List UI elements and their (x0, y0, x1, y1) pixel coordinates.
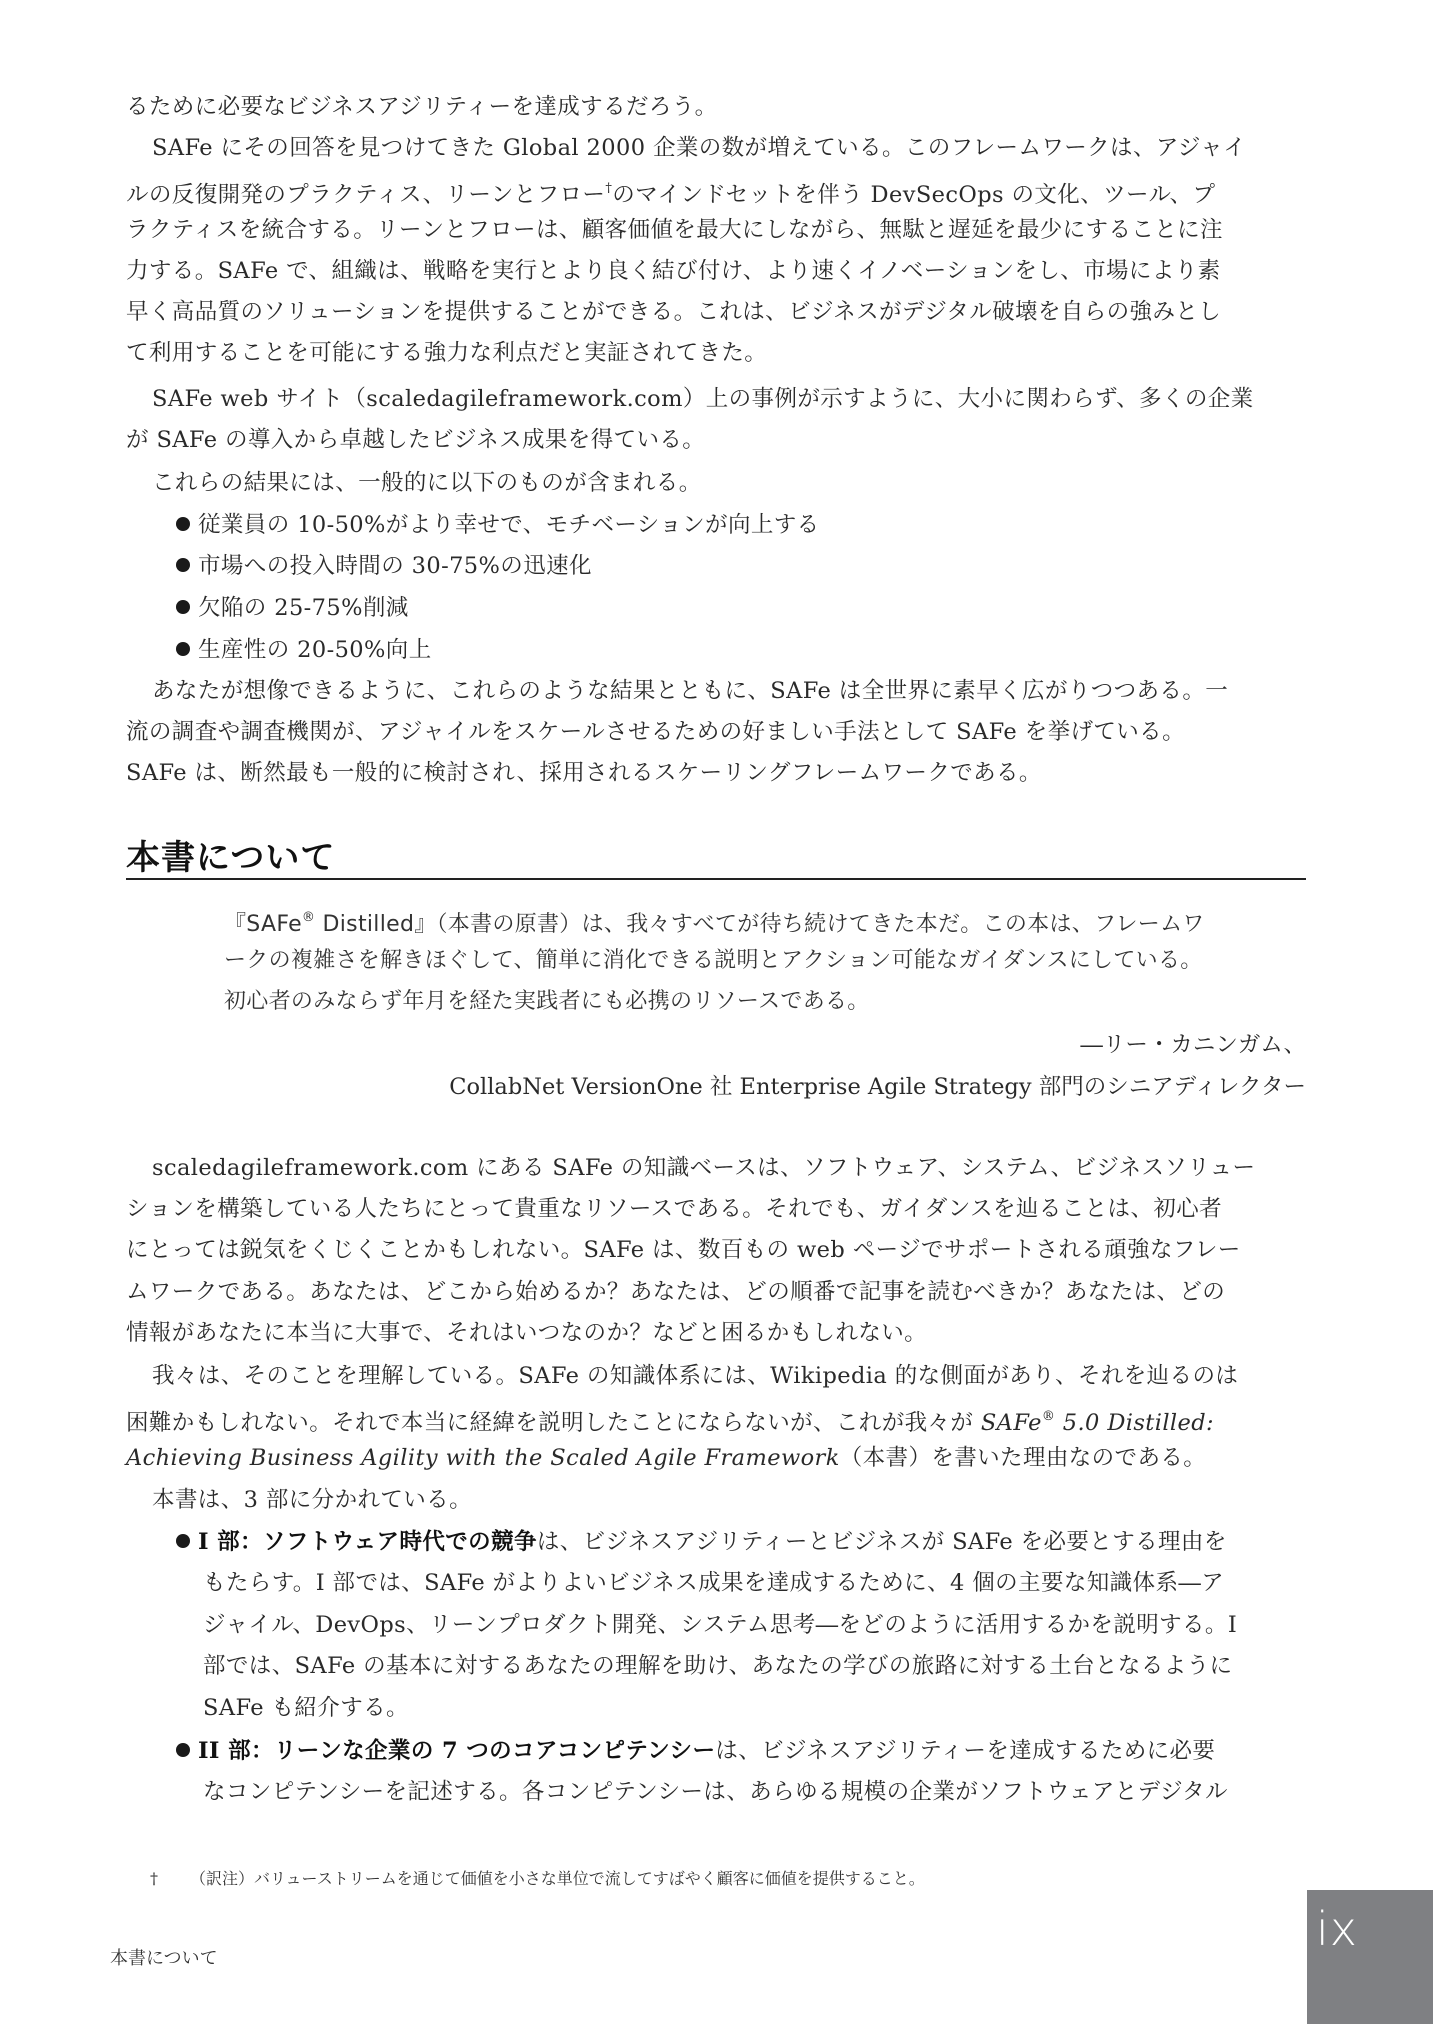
list-item-part-2: II 部：リーンな企業の 7 つのコアコンピテンシーは、ビジネスアジリティーを達… (176, 1736, 1356, 1766)
list-item-continuation: もたらす。I 部では、SAFe がよりよいビジネス成果を達成するために、4 個の… (203, 1568, 1383, 1598)
list-item: 生産性の 20-50%向上 (176, 635, 1356, 665)
body-line: にとっては鋭気をくじくことかもしれない。SAFe は、数百もの web ページで… (126, 1235, 1306, 1265)
body-line: SAFe にその回答を見つけてきた Global 2000 企業の数が増えている… (152, 133, 1332, 163)
list-item: 市場への投入時間の 30-75%の迅速化 (176, 551, 1356, 581)
list-item: 従業員の 10-50%がより幸せで、モチベーションが向上する (176, 510, 1356, 540)
list-item-continuation: SAFe も紹介する。 (203, 1693, 1383, 1723)
book-title: SAFe (981, 1410, 1042, 1436)
footnote-mark: † (150, 1869, 190, 1888)
body-line: あなたが想像できるように、これらのような結果とともに、SAFe は全世界に素早く… (152, 676, 1332, 706)
body-line: 流の調査や調査機関が、アジャイルをスケールさせるための好ましい手法として SAF… (126, 717, 1306, 747)
bullet-icon (176, 600, 190, 614)
body-line: ムワークである。あなたは、どこから始めるか？あなたは、どの順番で記事を読むべきか… (126, 1277, 1306, 1307)
body-line: ションを構築している人たちにとって貴重なリソースである。それでも、ガイダンスを辿… (126, 1194, 1306, 1224)
epigraph-attribution-name: ―リー・カニンガム、 (1080, 1030, 1306, 1060)
running-head: 本書について (110, 1944, 218, 1970)
epigraph-line: ークの複雑さを解きほぐして、簡単に消化できる説明とアクション可能なガイダンスにし… (224, 946, 1203, 976)
body-line: SAFe は、断然最も一般的に検討され、採用されるスケーリングフレームワークであ… (126, 758, 1306, 788)
list-item-continuation: ジャイル、DevOps、リーンプロダクト開発、システム思考―をどのように活用する… (203, 1610, 1383, 1640)
epigraph-line: 『SAFe® Distilled』（本書の原書）は、我々すべてが待ち続けてきた本… (224, 903, 1205, 940)
epigraph-attribution-title: CollabNet VersionOne 社 Enterprise Agile … (449, 1072, 1306, 1102)
body-line: 我々は、そのことを理解している。SAFe の知識体系には、Wikipedia 的… (152, 1361, 1332, 1391)
section-title: 本書について (126, 830, 335, 879)
body-line: scaledagileframework.com にある SAFe の知識ベース… (152, 1153, 1332, 1183)
body-line-with-footnote: ルの反復開発のプラクティス、リーンとフロー†のマインドセットを伴う DevSec… (126, 174, 1306, 210)
footnote: †（訳注）バリューストリームを通じて価値を小さな単位で流してすばやく顧客に価値を… (150, 1866, 925, 1889)
body-line: が SAFe の導入から卓越したビジネス成果を得ている。 (126, 425, 1306, 455)
body-line: 早く高品質のソリューションを提供することができる。これは、ビジネスがデジタル破壊… (126, 297, 1306, 327)
book-page: るために必要なビジネスアジリティーを達成するだろう。 SAFe にその回答を見つ… (0, 0, 1433, 2024)
body-line: るために必要なビジネスアジリティーを達成するだろう。 (126, 92, 1306, 122)
epigraph-line: 初心者のみならず年月を経た実践者にも必携のリソースである。 (224, 987, 870, 1017)
page-number: ix (1316, 1902, 1358, 1956)
bullet-icon (176, 558, 190, 572)
book-title: Achieving Business Agility with the Scal… (126, 1445, 840, 1471)
list-item-part-1: I 部：ソフトウェア時代での競争は、ビジネスアジリティーとビジネスが SAFe … (176, 1527, 1356, 1557)
body-line: これらの結果には、一般的に以下のものが含まれる。 (152, 468, 1332, 498)
bullet-icon (176, 1534, 190, 1548)
section-rule (126, 878, 1306, 880)
bullet-icon (176, 1743, 190, 1757)
list-item-continuation: なコンピテンシーを記述する。各コンピテンシーは、あらゆる規模の企業がソフトウェア… (203, 1777, 1383, 1807)
body-line: ラクティスを統合する。リーンとフローは、顧客価値を最大にしながら、無駄と遅延を最… (126, 215, 1306, 245)
body-line: て利用することを可能にする強力な利点だと実証されてきた。 (126, 338, 1306, 368)
list-item-continuation: 部では、SAFe の基本に対するあなたの理解を助け、あなたの学びの旅路に対する土… (203, 1651, 1383, 1681)
body-line-with-title: 困難かもしれない。それで本当に経緯を説明したことにならないが、これが我々が SA… (126, 1402, 1306, 1438)
list-item: 欠陥の 25-75%削減 (176, 593, 1356, 623)
body-line: SAFe web サイト（scaledagileframework.com）上の… (152, 384, 1332, 414)
body-line-with-title: Achieving Business Agility with the Scal… (126, 1443, 1306, 1473)
bullet-icon (176, 642, 190, 656)
body-line: 本書は、3 部に分かれている。 (152, 1485, 1332, 1515)
body-line: 情報があなたに本当に大事で、それはいつなのか？などと困るかもしれない。 (126, 1318, 1306, 1348)
body-line: 力する。SAFe で、組織は、戦略を実行とより良く結び付け、より速くイノベーショ… (126, 256, 1306, 286)
bullet-icon (176, 517, 190, 531)
